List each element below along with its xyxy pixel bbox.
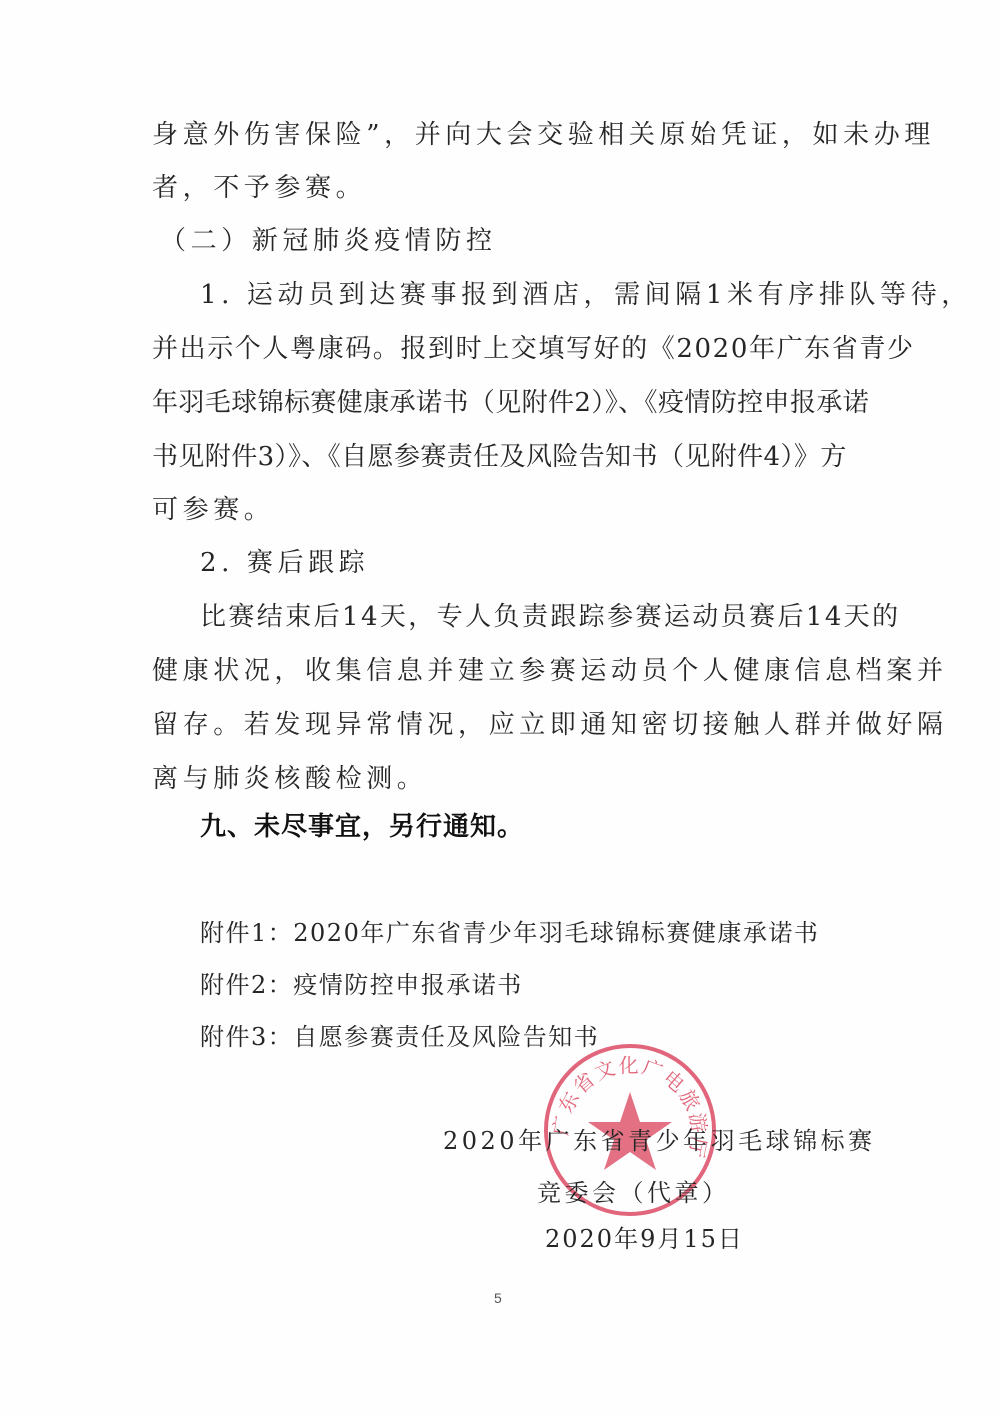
paragraph-line: 可参赛。 <box>152 495 274 525</box>
paragraph-line: 年羽毛球锦标赛健康承诺书（见附件2）》、《疫情防控申报承诺 <box>152 388 869 418</box>
signature-date: 2020年9月15日 <box>545 1224 744 1254</box>
attachment-1: 附件1：2020年广东省青少年羽毛球锦标赛健康承诺书 <box>200 918 819 948</box>
page-number: 5 <box>494 1290 502 1306</box>
paragraph-line: 留存。若发现异常情况，应立即通知密切接触人群并做好隔 <box>152 710 948 740</box>
paragraph-line: 1. 运动员到达赛事报到酒店，需间隔1米有序排队等待， <box>200 280 972 310</box>
paragraph-line: 书见附件3）》、《自愿参赛责任及风险告知书（见附件4）》方 <box>152 442 847 472</box>
paragraph-line: 健康状况，收集信息并建立参赛运动员个人健康信息档案并 <box>152 656 948 686</box>
attachment-2: 附件2：疫情防控申报承诺书 <box>200 970 523 1000</box>
paragraph-line: 并出示个人粤康码。报到时上交填写好的《2020年广东省青少 <box>152 334 915 364</box>
attachment-3: 附件3：自愿参赛责任及风险告知书 <box>200 1022 599 1052</box>
paragraph-line: 者，不予参赛。 <box>152 173 366 203</box>
section-heading-epidemic: （二）新冠肺炎疫情防控 <box>160 226 497 256</box>
signature-organization: 2020年广东省青少年羽毛球锦标赛 <box>443 1126 876 1156</box>
paragraph-line: 离与肺炎核酸检测。 <box>152 764 427 794</box>
paragraph-line: 比赛结束后14天，专人负责跟踪参赛运动员赛后14天的 <box>200 602 901 632</box>
section-nine-heading: 九、未尽事宜，另行通知。 <box>200 812 524 842</box>
signature-committee: 竞委会（代章） <box>537 1178 730 1208</box>
document-page: 身意外伤害保险”，并向大会交验相关原始凭证，如未办理 者，不予参赛。 （二）新冠… <box>0 0 1000 1414</box>
paragraph-line: 身意外伤害保险”，并向大会交验相关原始凭证，如未办理 <box>152 120 935 150</box>
subsection-heading-tracking: 2. 赛后跟踪 <box>200 548 369 578</box>
